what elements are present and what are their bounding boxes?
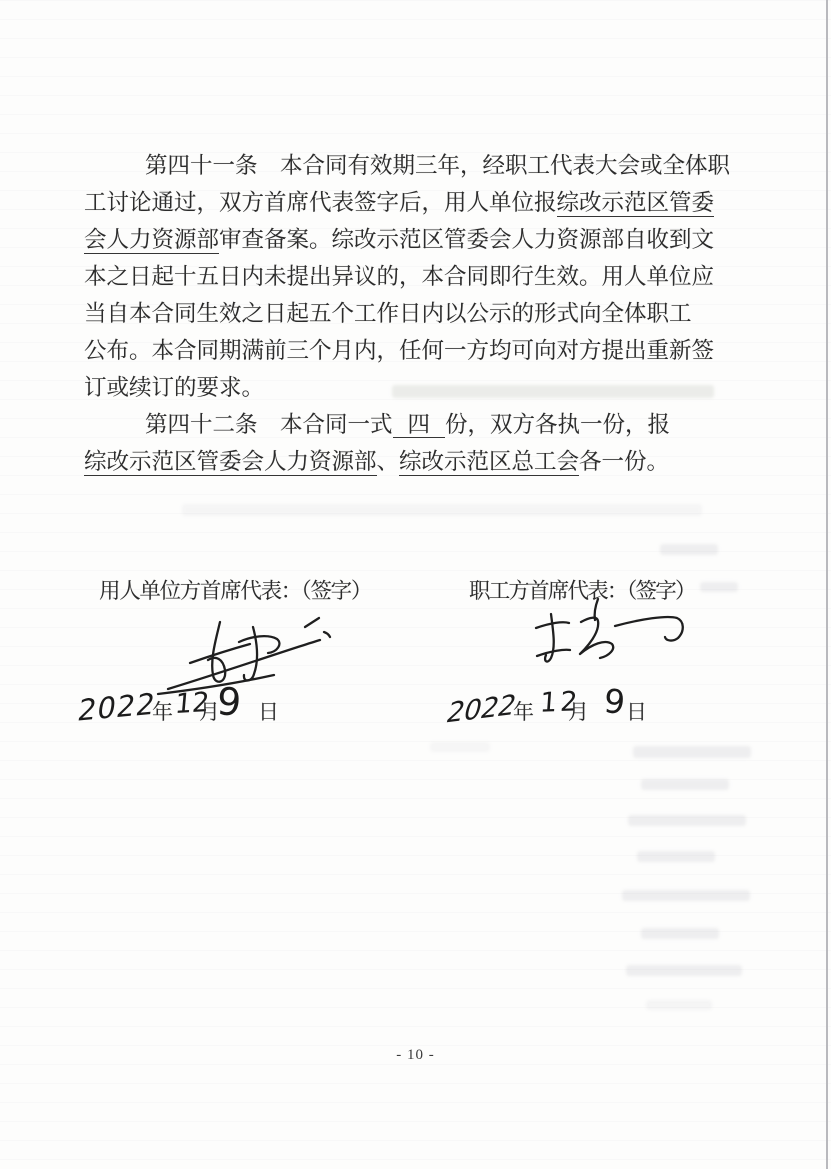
contract-line: 当自本合同生效之日起五个工作日内以公示的形式向全体职工	[84, 295, 744, 332]
underlined-text-segment: 综改示范区管委	[557, 190, 715, 217]
contract-body-text: 第四十一条 本合同有效期三年，经职工代表大会或全体职 工讨论通过，双方首席代表签…	[84, 147, 744, 480]
contract-line: 综改示范区管委会人力资源部、综改示范区总工会各一份。	[84, 443, 744, 480]
text-segment: 本之日起十五日内未提出异议的，本合同即行生效。用人单位应	[84, 264, 714, 289]
text-segment: 第四十一条 本合同有效期三年，经职工代表大会或全体职	[145, 153, 730, 178]
contract-line: 会人力资源部审查备案。综改示范区管委会人力资源部自收到文	[84, 221, 744, 258]
text-segment: 、	[377, 449, 400, 474]
bleed-through-mark	[660, 544, 718, 555]
employer-signing-date: 2022 年 12 月 9 日	[78, 684, 368, 744]
page-edge-shadow	[826, 0, 828, 1169]
employee-signature-scribble	[515, 592, 715, 692]
text-segment: 第四十二条 本合同一式	[145, 412, 393, 437]
year-unit-label: 年	[513, 696, 534, 726]
bleed-through-mark	[628, 815, 746, 826]
filled-in-blank-copies-count: 四	[393, 412, 446, 438]
bleed-through-mark	[182, 504, 702, 516]
employee-date-year: 2022	[443, 689, 520, 730]
page-number: - 10 -	[0, 1047, 831, 1064]
contract-line: 工讨论通过，双方首席代表签字后，用人单位报综改示范区管委	[84, 184, 744, 221]
text-segment: 份，双方各执一份，报	[445, 412, 670, 437]
month-unit-label: 月	[568, 696, 589, 726]
text-segment: 订或续订的要求。	[84, 375, 264, 400]
bleed-through-mark	[700, 582, 738, 592]
underlined-text-segment: 会人力资源部	[84, 227, 219, 254]
text-segment: 当自本合同生效之日起五个工作日内以公示的形式向全体职工	[84, 301, 692, 326]
bleed-through-mark	[633, 746, 751, 758]
employee-signing-date: 2022 年 12 月 9 日	[447, 684, 737, 744]
year-unit-label: 年	[152, 696, 173, 726]
bleed-through-mark	[646, 1000, 712, 1010]
bleed-through-mark	[626, 965, 742, 976]
contract-line: 第四十二条 本合同一式四份，双方各执一份，报	[84, 406, 744, 443]
text-segment: 各一份。	[579, 449, 669, 474]
bleed-through-mark	[641, 779, 729, 790]
underlined-text-segment: 综改示范区管委会人力资源部	[84, 449, 377, 476]
scanned-contract-page: 第四十一条 本合同有效期三年，经职工代表大会或全体职 工讨论通过，双方首席代表签…	[0, 0, 831, 1169]
employee-date-day: 9	[602, 681, 627, 722]
day-unit-label: 日	[258, 696, 279, 726]
text-segment: 审查备案。综改示范区管委会人力资源部自收到文	[219, 227, 714, 252]
underlined-text-segment: 综改示范区总工会	[399, 449, 579, 476]
day-unit-label: 日	[626, 696, 647, 726]
bleed-through-mark	[392, 385, 714, 398]
employer-date-day: 9	[215, 679, 243, 725]
employer-date-year: 2022	[75, 686, 158, 727]
contract-line: 第四十一条 本合同有效期三年，经职工代表大会或全体职	[84, 147, 744, 184]
bleed-through-mark	[641, 928, 719, 939]
text-segment: 公布。本合同期满前三个月内，任何一方均可向对方提出重新签	[84, 338, 714, 363]
contract-line: 本之日起十五日内未提出异议的，本合同即行生效。用人单位应	[84, 258, 744, 295]
contract-line: 公布。本合同期满前三个月内，任何一方均可向对方提出重新签	[84, 332, 744, 369]
bleed-through-mark	[430, 742, 490, 752]
bleed-through-mark	[622, 890, 750, 901]
bleed-through-mark	[637, 851, 715, 862]
text-segment: 工讨论通过，双方首席代表签字后，用人单位报	[84, 190, 557, 215]
